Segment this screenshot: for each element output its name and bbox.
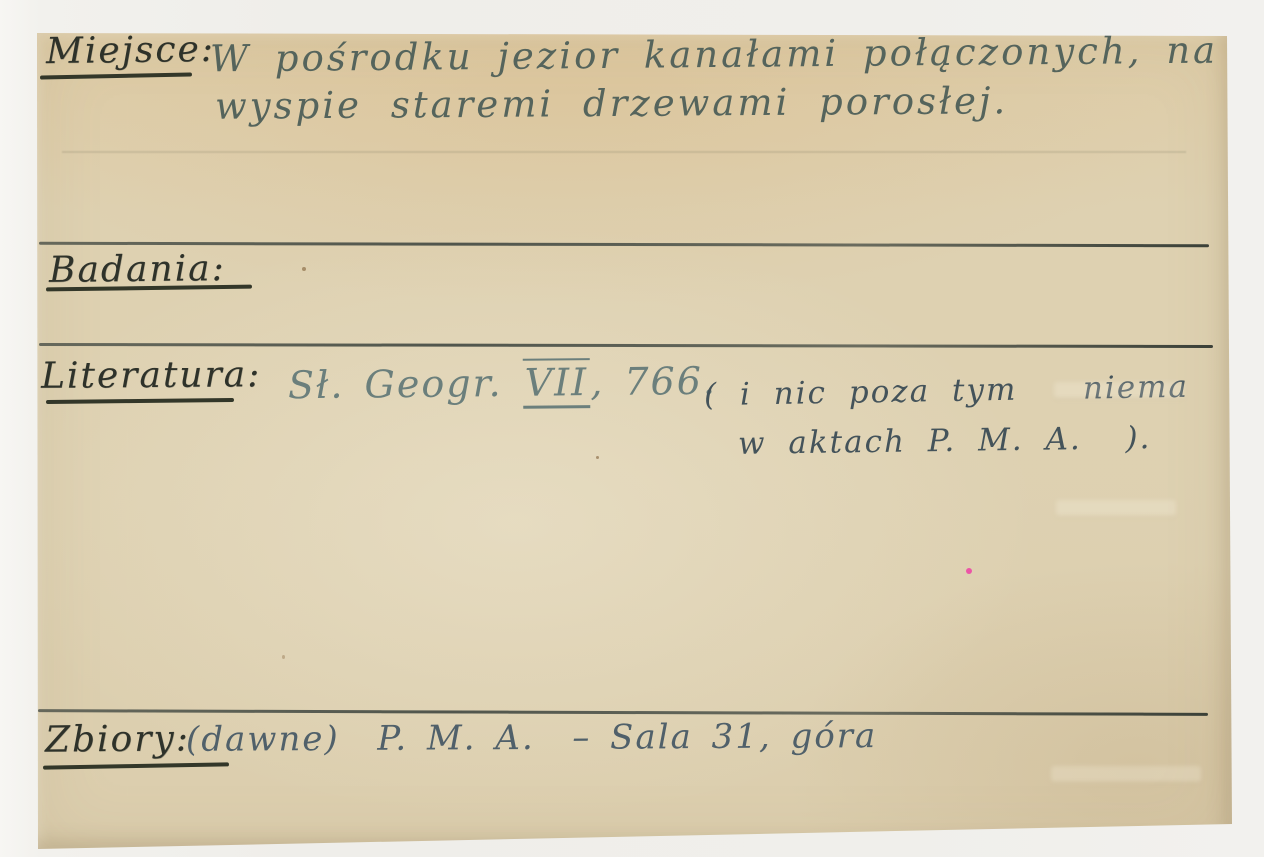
paper-speck <box>302 267 306 271</box>
label-underline-zbiory <box>43 762 229 769</box>
literatura-roman-numeral: VII <box>522 358 590 409</box>
label-underline-literatura <box>46 398 234 404</box>
zbiory-value: (dawne) P. M. A. – Sala 31, góra <box>186 716 877 760</box>
verso-emboss-impression <box>1051 766 1201 782</box>
ruled-line-above-badania <box>39 242 1209 247</box>
pink-ink-mark <box>966 568 972 574</box>
paper-speck <box>282 655 285 659</box>
literatura-value-prefix: Sł. Geogr. <box>288 361 523 407</box>
literatura-value-suffix: , 766. <box>590 359 717 404</box>
field-label-miejsce: Miejsce: <box>46 29 215 72</box>
ruled-line-above-literatura <box>39 343 1213 348</box>
verso-emboss-impression <box>1054 382 1184 398</box>
scan-background: Miejsce: W pośrodku jezior kanałami połą… <box>0 0 1264 857</box>
paper-crease-line <box>62 151 1186 153</box>
index-card: Miejsce: W pośrodku jezior kanałami połą… <box>36 30 1232 850</box>
miejsce-value-line1: W pośrodku jezior kanałami połączonych, … <box>210 29 1218 81</box>
literatura-value: Sł. Geogr. VII, 766. <box>288 359 717 407</box>
paper-speck <box>596 456 599 459</box>
verso-emboss-impression <box>1056 500 1176 516</box>
literatura-note-line2: w aktach P. M. A. ). <box>738 420 1152 462</box>
ruled-line-above-zbiory <box>38 709 1208 716</box>
miejsce-value-line2: wyspie staremi drzewami porosłej. <box>215 79 1008 128</box>
field-label-zbiory: Zbiory: <box>45 718 190 760</box>
label-underline-miejsce <box>40 72 192 79</box>
field-label-literatura: Literatura: <box>41 354 262 397</box>
